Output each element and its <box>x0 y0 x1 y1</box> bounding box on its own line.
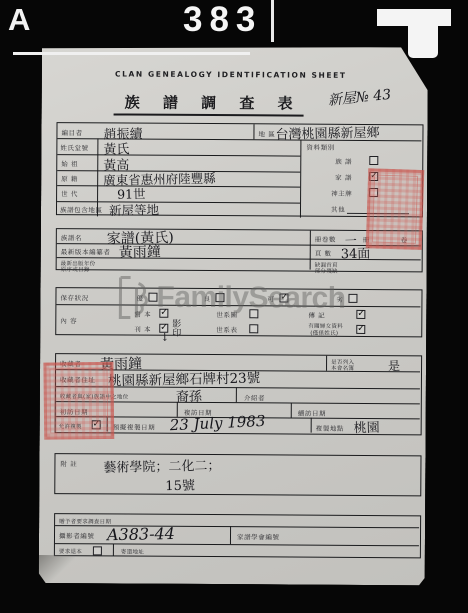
surname-hall-label: 姓氏堂號 <box>60 143 88 152</box>
return-address-label: 寄還地址 <box>121 547 144 555</box>
document-title-text: 族 譜 調 查 表 <box>114 93 304 116</box>
film-frame-number: 383 <box>183 0 262 40</box>
notes-line-2: 15號 <box>165 475 195 495</box>
content-printed-label: 刊 本 <box>134 325 151 334</box>
divider <box>311 418 312 433</box>
divider <box>113 543 114 555</box>
society-number-label: 家譜學會編號 <box>237 532 280 541</box>
notes-label: 附 註 <box>60 459 77 468</box>
genealogy-title-label: 族譜名 <box>61 233 82 242</box>
film-vertical-mark <box>271 0 274 42</box>
planned-copy-date-value: 23 July 1983 <box>169 412 265 434</box>
women-data-sublabel: (僅係姓氏) <box>310 329 338 337</box>
document-title: 族 譜 調 查 表 <box>42 91 376 114</box>
area-value: 台灣桃園縣新屋鄉 <box>275 122 379 143</box>
listed-in-register-label-2: 本會名簿 <box>331 364 354 372</box>
introducer-label: 介紹者 <box>244 393 265 402</box>
condition-label: 保存狀況 <box>60 293 88 302</box>
section-numbers-table: 贈予者要求調查日期 攝影者編號 A383-44 家譜學會編號 要求退本 寄還地址 <box>54 513 421 558</box>
planned-copy-date-label: 預擬複製日期 <box>113 422 156 431</box>
latest-editor-label: 最新版本編纂者 <box>61 247 111 256</box>
category-other-label: 其他 <box>331 205 345 214</box>
cataloger-label: 編目者 <box>61 128 82 137</box>
divider <box>326 356 327 371</box>
photographer-number-value: A383-44 <box>107 524 175 544</box>
first-ancestor-label: 始 祖 <box>61 159 78 168</box>
donor-request-header-label: 贈予者要求調查日期 <box>59 517 111 525</box>
scanned-document-page: CLAN GENEALOGY IDENTIFICATION SHEET 族 譜 … <box>39 45 428 585</box>
content-pedigree-table-checkbox <box>249 324 258 333</box>
familysearch-watermark: FamilySearch <box>116 273 345 322</box>
generations-label: 世 代 <box>61 189 78 198</box>
divider <box>57 154 300 156</box>
section-notes-table: 附 註 藝術學院；二化二； 15號 <box>54 453 421 496</box>
divider <box>177 402 178 417</box>
category-label: 資料類別 <box>306 143 334 152</box>
partial-damage-label: 部分殘缺 <box>315 267 338 275</box>
request-return-label: 要求退本 <box>59 547 82 555</box>
page-annotation-handwritten: 新屋№ 43 <box>327 84 392 110</box>
film-corner-letter: A <box>8 2 30 38</box>
divider <box>230 526 231 544</box>
category-option-zupu-checkbox <box>369 156 378 165</box>
document-header-english: CLAN GENEALOGY IDENTIFICATION SHEET <box>42 69 420 80</box>
origin-label: 原 籍 <box>61 174 78 183</box>
divider <box>57 201 300 203</box>
listed-in-register-value: 是 <box>388 357 400 374</box>
holder-position-value: 裔孫 <box>176 386 202 406</box>
category-option-jiapu-label: 家 譜 <box>335 173 352 182</box>
pages-label: 頁 數 <box>315 249 332 258</box>
category-option-tablet-label: 神主牌 <box>331 189 352 198</box>
content-note-arrow: ↓ <box>160 331 169 344</box>
condition-poor-checkbox <box>348 294 357 303</box>
copy-place-label: 複製地點 <box>316 424 344 433</box>
content-pedigree-table-label: 世系表 <box>216 325 237 334</box>
content-biography-checkbox: ✓ <box>356 310 365 319</box>
familysearch-tree-icon <box>116 273 150 321</box>
content-label: 內 容 <box>60 316 77 325</box>
divider <box>291 403 292 418</box>
area-label: 地 區 <box>258 129 275 138</box>
divider <box>236 387 237 402</box>
red-seal-stamp-right <box>366 168 425 250</box>
photographer-number-label: 攝影者編號 <box>59 531 95 540</box>
divider <box>310 231 311 270</box>
copy-place-value: 桃園 <box>353 417 379 437</box>
microfilm-frame: A 383 CLAN GENEALOGY IDENTIFICATION SHEE… <box>0 0 468 613</box>
film-tab-icon-stem <box>408 24 438 58</box>
request-return-checkbox <box>93 546 102 555</box>
divider <box>253 124 254 139</box>
latest-editor-value: 黃雨鐘 <box>119 241 161 262</box>
women-data-checkbox: ✓ <box>356 325 365 334</box>
coverage-value: 新屋等地 <box>109 200 159 219</box>
film-horizontal-mark <box>13 52 250 55</box>
followup-visit-label: 續訪日期 <box>298 409 326 418</box>
coverage-label: 族譜包含地區 <box>60 205 103 214</box>
notes-line-1: 藝術學院；二化二； <box>103 455 220 476</box>
preface-label: 原序或目錄 <box>61 265 90 273</box>
volumes-label: 冊卷數 <box>315 235 336 244</box>
category-option-zupu-label: 族 譜 <box>335 157 352 166</box>
familysearch-watermark-text: FamilySearch <box>156 281 345 316</box>
page-corner-fold <box>39 555 75 583</box>
red-seal-stamp-left <box>43 362 114 440</box>
divider <box>300 140 301 218</box>
